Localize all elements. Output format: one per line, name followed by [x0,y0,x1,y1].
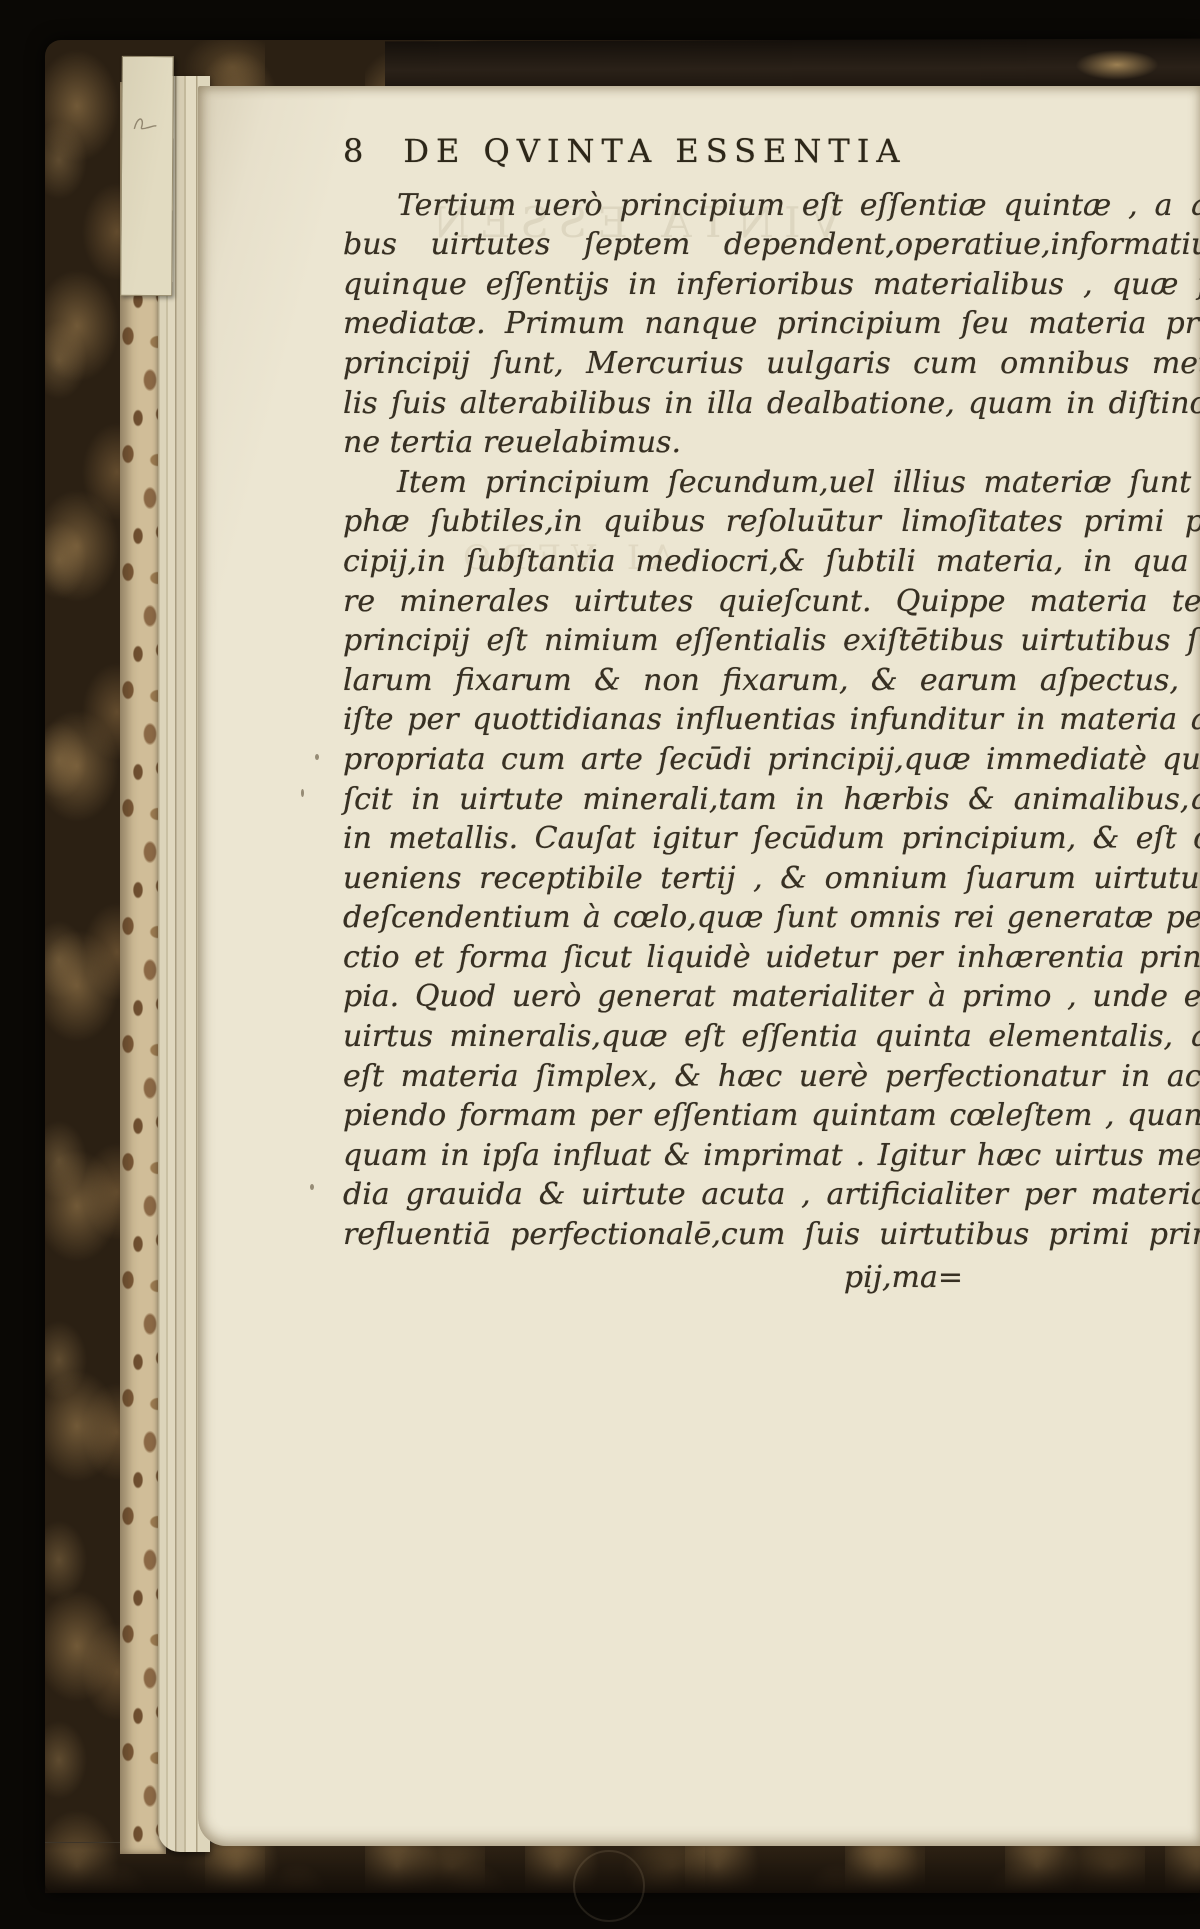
text-line: eſt materia ſimplex, & hæc uerè perfecti… [343,1057,1200,1097]
page-header: 8 DE QVINTA ESSENTIA [343,132,1200,172]
text-line: dia grauida & uirtute acuta , artificial… [343,1175,1200,1215]
page-number: 8 [343,132,363,172]
text-line: principij ſunt, Mercurius uulgaris cum o… [343,344,1200,384]
embossed-stamp [573,1850,645,1922]
text-line: re minerales uirtutes quieſcunt. Quippe … [343,582,1200,622]
text-line: deſcendentium à cœlo,quæ ſunt omnis rei … [343,898,1200,938]
catchword: pij,ma= [343,1258,963,1298]
text-line: phæ ſubtiles,in quibus reſoluūtur limoſi… [343,502,1200,542]
protruding-page-tab [120,56,174,296]
text-line: quinque eſſentijs in inferioribus materi… [343,265,1200,305]
text-line: ctio et forma ſicut liquidè uidetur per … [343,938,1200,978]
text-line: uirtus mineralis,quæ eſt eſſentia quinta… [343,1017,1200,1057]
handwritten-mark [130,113,160,135]
photo-backdrop: { "page": { "number": "8", "title": "DE … [0,0,1200,1929]
page-title: DE QVINTA ESSENTIA [403,132,906,172]
text-line: refluentiā perfectionalē,cum ſuis uirtut… [343,1215,1200,1255]
text-block: 8 DE QVINTA ESSENTIA Tertium uerò princi… [343,132,1200,1298]
text-line: piendo formam per eſſentiam quintam cœle… [343,1096,1200,1136]
text-line: iſte per quottidianas influentias infund… [343,700,1200,740]
cover-wear-patch [1062,45,1172,85]
text-line: in metallis. Cauſat igitur ſecūdum princ… [343,819,1200,859]
text-line: principij eſt nimium eſſentialis exiſtēt… [343,621,1200,661]
ink-speck [310,1184,314,1190]
text-line: larum fixarum & non fixarum, & earum aſp… [343,661,1200,701]
text-line: lis ſuis alterabilibus in illa dealbatio… [343,384,1200,424]
text-line: ne tertia reuelabimus. [343,423,1200,463]
book-page: VINTA ESSEN AI VERO 8 DE QVINTA ESSENTIA… [198,86,1200,1846]
text-line: quam in ipſa influat & imprimat . Igitur… [343,1136,1200,1176]
text-line: Tertium uerò principium eſt eſſentiæ qui… [343,186,1200,226]
text-lines: Tertium uerò principium eſt eſſentiæ qui… [343,186,1200,1255]
ink-speck [301,789,304,797]
text-line: ſcit in uirtute minerali,tam in hærbis &… [343,780,1200,820]
ink-speck [315,754,319,760]
text-line: cipij,in ſubſtantia mediocri,& ſubtili m… [343,542,1200,582]
text-line: bus uirtutes ſeptem dependent,operatiue,… [343,225,1200,265]
text-line: Item principium ſecundum,uel illius mate… [343,463,1200,503]
text-line: mediatæ. Primum nanque principium ſeu ma… [343,304,1200,344]
text-line: ueniens receptibile tertij , & omnium ſu… [343,859,1200,899]
text-line: pia. Quod uerò generat materialiter à pr… [343,977,1200,1017]
text-line: propriata cum arte ſecūdi principij,quæ … [343,740,1200,780]
